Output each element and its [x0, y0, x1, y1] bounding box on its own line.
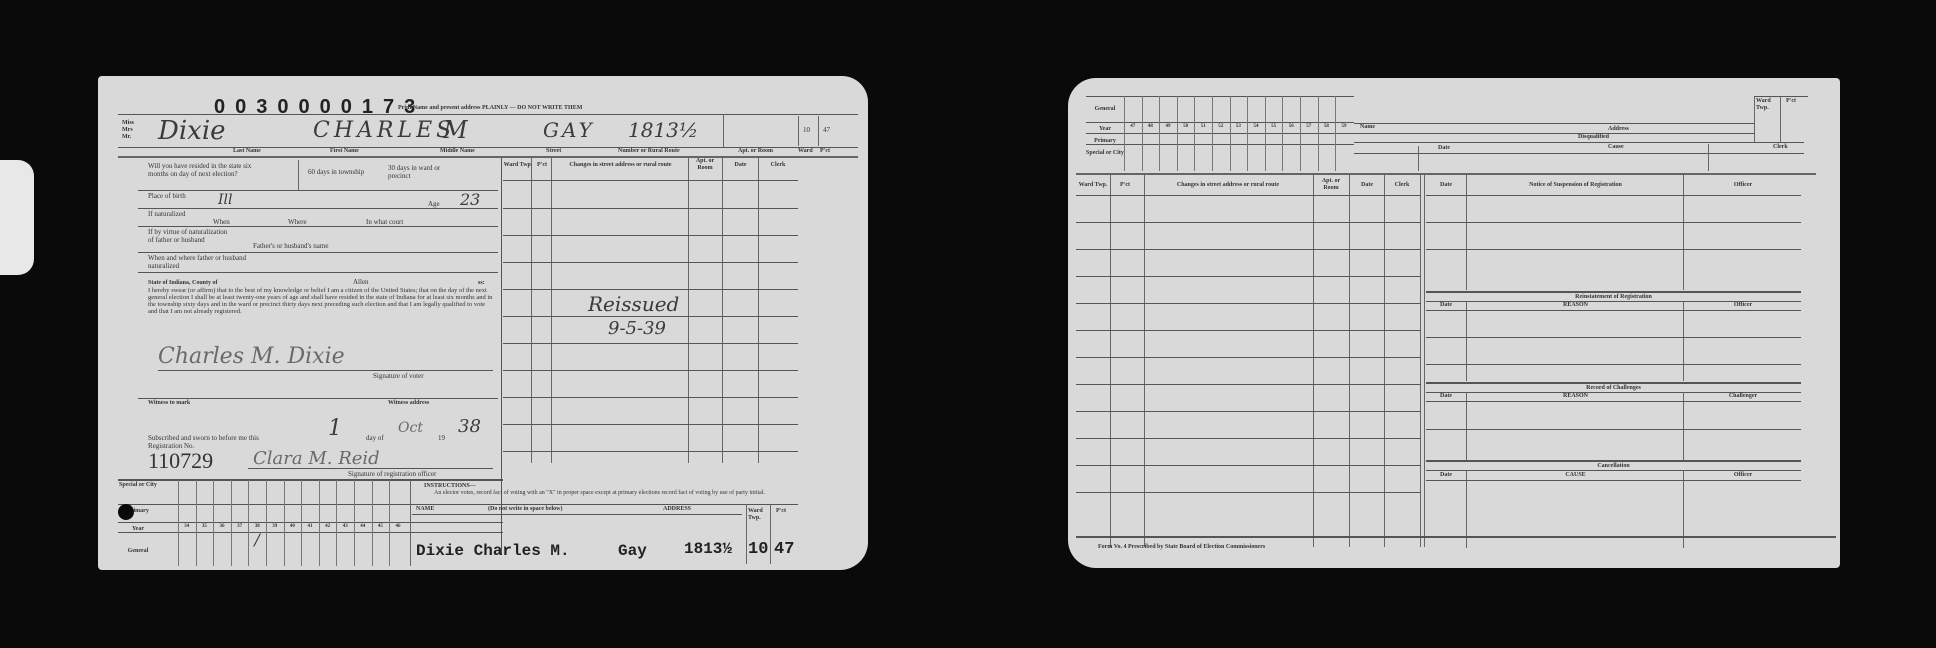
vote-mark: /: [254, 530, 259, 549]
middle-name-label: Middle Name: [440, 148, 475, 155]
vote-column: [1300, 96, 1301, 171]
house-number-value: 1813½: [628, 118, 698, 142]
vote-column: [1247, 96, 1248, 171]
year-label: 46: [389, 524, 407, 529]
form-footer: Form Vo. 4 Prescribed by State Board of …: [1098, 544, 1265, 551]
year-label: 52: [1212, 124, 1230, 129]
typed-number: 1813½: [684, 540, 732, 558]
vote-column: [336, 480, 337, 566]
resided-ward-label: 30 days in ward or precinct: [388, 164, 458, 180]
footer-ward-label: Ward Twp.: [748, 508, 768, 522]
year-label: 51: [1194, 124, 1212, 129]
reissued-note: Reissued: [588, 292, 679, 316]
header-notice: Print Name and present address PLAINLY —…: [398, 105, 698, 112]
address-label-back: Address: [1608, 126, 1629, 133]
disqualified-clerk-label: Clerk: [1773, 144, 1788, 151]
punch-hole: [118, 504, 134, 520]
vote-column: [1318, 96, 1319, 171]
when-where-father-label: When and where father or husband natural…: [148, 254, 248, 270]
year-label: 40: [284, 524, 302, 529]
vote-column: [231, 480, 232, 566]
year-label: 42: [319, 524, 337, 529]
disqualified-cause-label: Cause: [1608, 144, 1624, 151]
vote-column: [1282, 96, 1283, 171]
film-edge-artifact: [0, 160, 34, 275]
vote-column: [1335, 96, 1336, 171]
county-value: Allen: [353, 278, 369, 286]
resided-township-label: 60 days in township: [308, 168, 368, 176]
witness-address-label: Witness address: [388, 400, 429, 407]
place-of-birth-label: Place of birth: [148, 192, 188, 200]
pct-top-value: 47: [823, 126, 830, 134]
subscribed-year-value: 38: [458, 416, 481, 437]
year-label: 44: [354, 524, 372, 529]
typed-pct: 47: [774, 540, 794, 559]
vote-column: [1159, 96, 1160, 171]
street-label: Street: [546, 148, 561, 155]
oath-ss: ss:: [478, 280, 485, 287]
vote-column: [1124, 96, 1125, 171]
when-label: When: [213, 218, 230, 226]
year-label: 57: [1300, 124, 1318, 129]
subscribed-sworn-label: Subscribed and sworn to before me this: [148, 434, 259, 442]
year-label: 38: [248, 524, 266, 529]
disqualified-date-label: Date: [1438, 145, 1450, 152]
typed-street: Gay: [618, 542, 647, 560]
registration-card-back: General Year Primary Special or City 474…: [1068, 78, 1840, 568]
typed-name: Dixie Charles M.: [416, 542, 570, 560]
by-virtue-label: If by virtue of naturalization of father…: [148, 228, 228, 244]
ward-top-value: 10: [803, 126, 810, 134]
typed-ward: 10: [748, 540, 768, 559]
vote-column: [266, 480, 267, 566]
ward-twp-label-back: Ward Twp.: [1756, 98, 1776, 112]
age-value: 23: [460, 190, 480, 209]
vote-column: [301, 480, 302, 566]
year-label: 48: [1142, 124, 1160, 129]
year-label: 41: [301, 524, 319, 529]
place-of-birth-value: Ill: [218, 192, 233, 208]
name-label-back: Name: [1360, 124, 1375, 131]
what-court-label: In what court: [366, 218, 403, 226]
year-prefix-label: 19: [438, 434, 445, 442]
where-label: Where: [288, 218, 307, 226]
year-label: 50: [1177, 124, 1195, 129]
naturalized-label: If naturalized: [148, 210, 188, 218]
resided-state-question: Will you have resided in the state six m…: [148, 162, 253, 178]
disqualified-label: Disqualified: [1578, 134, 1609, 141]
footer-pct-label: P'ct: [776, 508, 786, 515]
signature-officer-label: Signature of registration officer: [348, 470, 436, 478]
year-label: 36: [213, 524, 231, 529]
vote-column: [213, 480, 214, 566]
do-not-write-label: (Do not write in space below): [488, 506, 563, 513]
vote-column: [354, 480, 355, 566]
year-label: 37: [231, 524, 249, 529]
first-name-label: First Name: [330, 148, 359, 155]
day-of-label: day of: [366, 434, 384, 442]
serial-number: 0030000173: [214, 96, 425, 119]
footer-address-label: ADDRESS: [663, 506, 691, 513]
year-label: 39: [266, 524, 284, 529]
year-label: 35: [196, 524, 214, 529]
year-label: 45: [372, 524, 390, 529]
year-label: 43: [336, 524, 354, 529]
card-edge-perforation: [1830, 78, 1850, 568]
last-name-value: Dixie: [158, 116, 226, 146]
voter-signature: Charles M. Dixie: [158, 344, 345, 369]
number-route-label: Number or Rural Route: [618, 148, 680, 155]
vote-column: [284, 480, 285, 566]
vote-column: [248, 480, 249, 566]
footer-name-label: NAME: [416, 506, 434, 513]
middle-name-value: M: [443, 116, 468, 144]
last-name-label: Last Name: [233, 148, 261, 155]
apt-room-label: Apt. or Room: [738, 148, 773, 155]
street-value: Gay: [543, 118, 595, 142]
vote-column: [1212, 96, 1213, 171]
vote-column: [389, 480, 390, 566]
pct-label: P'ct: [820, 148, 830, 155]
subscribed-month-value: Oct: [398, 420, 423, 436]
year-label: 47: [1124, 124, 1142, 129]
fathers-name-label: Father's or husband's name: [253, 242, 328, 250]
age-label: Age: [428, 200, 440, 208]
year-label: 54: [1247, 124, 1265, 129]
vote-column: [178, 480, 179, 566]
year-label: 53: [1230, 124, 1248, 129]
vote-column: [1230, 96, 1231, 171]
year-label: 58: [1318, 124, 1336, 129]
first-name-value: Charles: [313, 118, 455, 143]
oath-heading: State of Indiana, County of: [148, 280, 218, 287]
vote-column: [196, 480, 197, 566]
witness-to-mark-label: Witness to mark: [148, 400, 190, 407]
year-label: 34: [178, 524, 196, 529]
instructions-title: INSTRUCTIONS—: [424, 483, 476, 490]
signature-of-voter-label: Signature of voter: [373, 372, 424, 380]
vote-column: [1194, 96, 1195, 171]
year-label: 56: [1282, 124, 1300, 129]
oath-text: I hereby swear (or affirm) that to the b…: [148, 287, 493, 315]
year-label: 59: [1335, 124, 1353, 129]
vote-column: [1177, 96, 1178, 171]
ward-label: Ward: [798, 148, 813, 155]
pct-label-back: P'ct: [1786, 98, 1796, 105]
year-label: 55: [1265, 124, 1283, 129]
vote-column: [1265, 96, 1266, 171]
card-edge-perforation: [88, 76, 108, 570]
vote-column: [1142, 96, 1143, 171]
name-prefix-labels: Miss Mrs Mr.: [122, 120, 142, 141]
reissued-date: 9-5-39: [608, 318, 666, 339]
registration-card-front: 0030000173 Print Name and present addres…: [98, 76, 868, 570]
instructions-text: An elector votes, record fact of voting …: [434, 490, 844, 497]
vote-column: [319, 480, 320, 566]
year-label: 49: [1159, 124, 1177, 129]
vote-column: [372, 480, 373, 566]
registration-number: 110729: [148, 448, 213, 474]
subscribed-day-value: 1: [328, 416, 342, 441]
registration-officer-signature: Clara M. Reid: [253, 448, 380, 469]
